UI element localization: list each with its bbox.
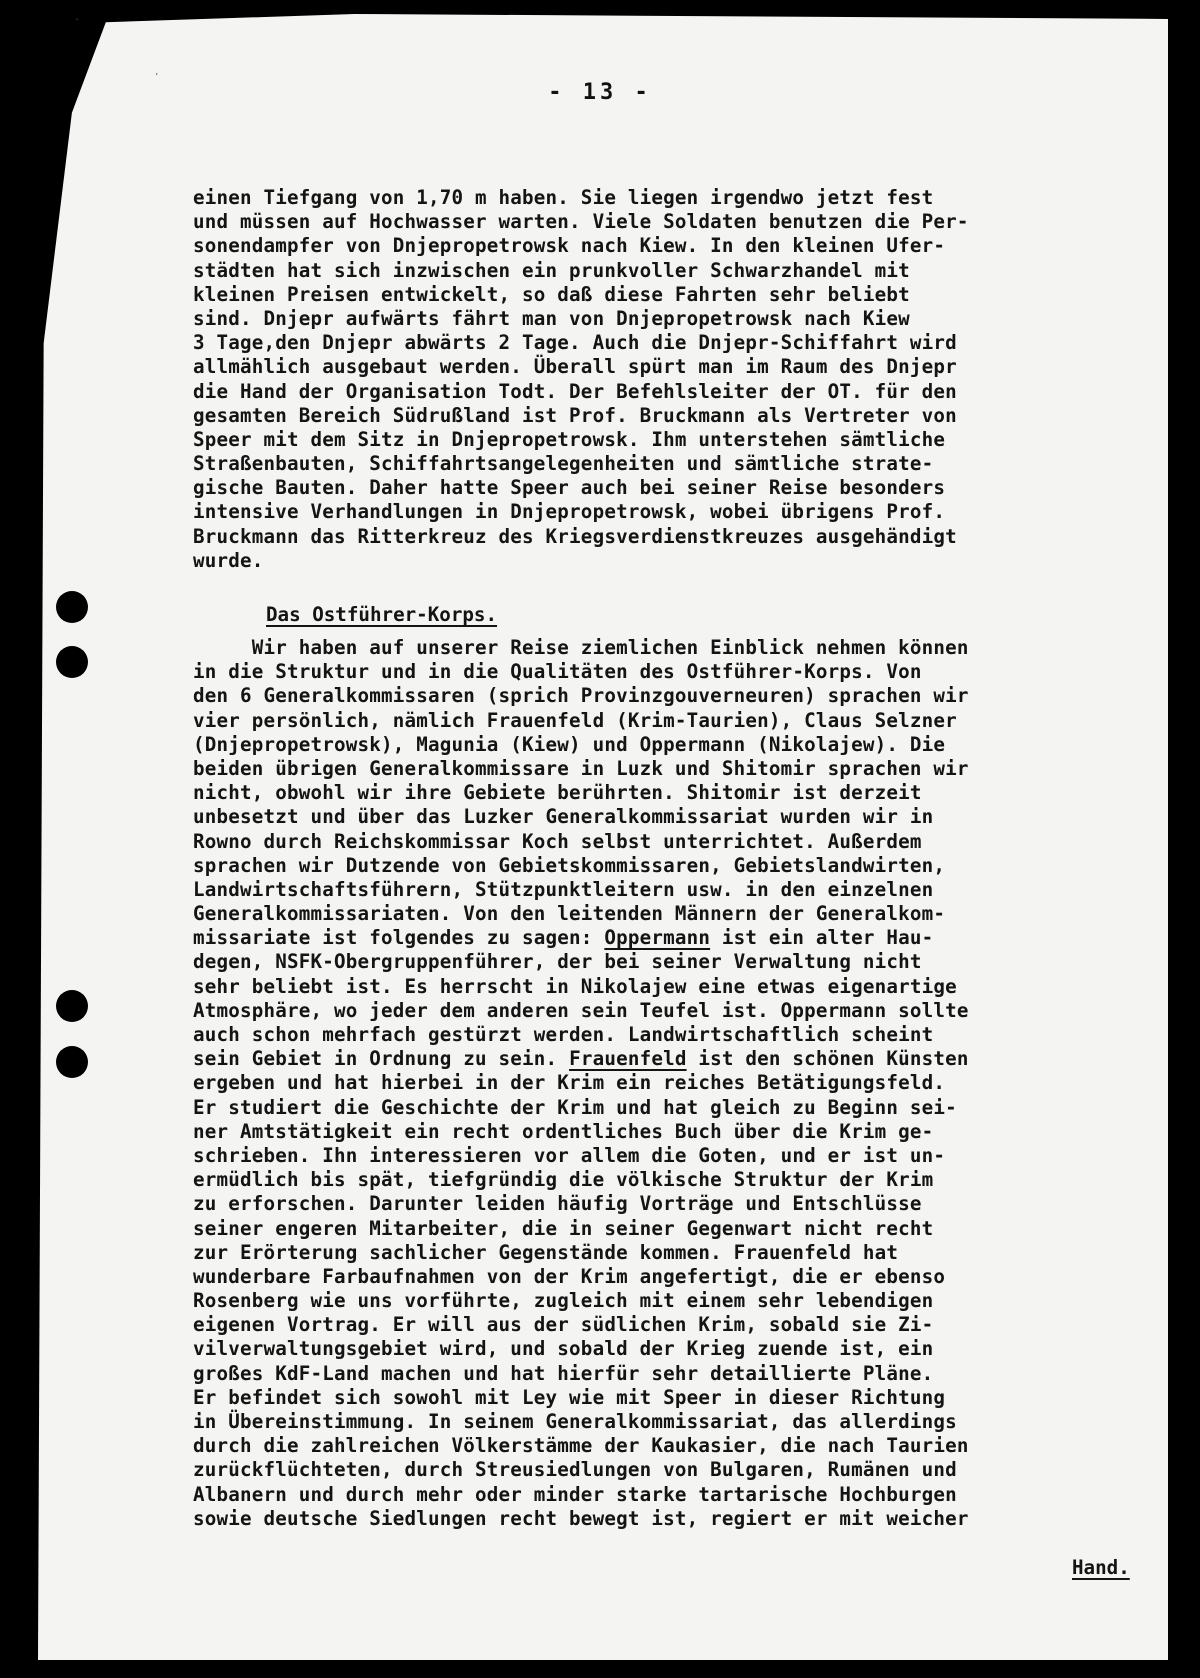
text-line: ermüdlich bis spät, tiefgründig die völk…: [193, 1168, 1163, 1192]
underlined-name: Oppermann: [604, 926, 710, 949]
text-line: sonendampfer von Dnjepropetrowsk nach Ki…: [193, 234, 1163, 258]
text-line: ner Amtstätigkeit ein recht ordentliches…: [193, 1120, 1163, 1144]
text-line: die Hand der Organisation Todt. Der Befe…: [193, 380, 1163, 404]
section-heading: Das Ostführer-Korps.: [266, 603, 497, 626]
text-line: den 6 Generalkommissaren (sprich Provinz…: [193, 684, 1163, 708]
text-line: Landwirtschaftsführern, Stützpunktleiter…: [193, 878, 1163, 902]
text-line: in die Struktur und in die Qualitäten de…: [193, 660, 1163, 684]
text-line: wurde.: [193, 549, 1163, 573]
text-line: Er studiert die Geschichte der Krim und …: [193, 1096, 1163, 1120]
text-line: vilverwaltungsgebiet wird, und sobald de…: [193, 1337, 1163, 1361]
text-line: allmählich ausgebaut werden. Überall spü…: [193, 355, 1163, 379]
text-line: 3 Tage,den Dnjepr abwärts 2 Tage. Auch d…: [193, 331, 1163, 355]
text-line: zu erforschen. Darunter leiden häufig Vo…: [193, 1192, 1163, 1216]
text-line: Speer mit dem Sitz in Dnjepropetrowsk. I…: [193, 428, 1163, 452]
text-line: seiner engeren Mitarbeiter, die in seine…: [193, 1217, 1163, 1241]
text-line: gesamten Bereich Südrußland ist Prof. Br…: [193, 404, 1163, 428]
punch-hole: [56, 990, 88, 1022]
punch-hole: [56, 591, 88, 623]
closing-word: Hand.: [1072, 1556, 1130, 1579]
text-line: sein Gebiet in Ordnung zu sein. Frauenfe…: [193, 1047, 1163, 1071]
text-line: (Dnjepropetrowsk), Magunia (Kiew) und Op…: [193, 733, 1163, 757]
text-line: zur Erörterung sachlicher Gegenstände ko…: [193, 1241, 1163, 1265]
text-line: gische Bauten. Daher hatte Speer auch be…: [193, 476, 1163, 500]
text-line: sind. Dnjepr aufwärts fährt man von Dnje…: [193, 307, 1163, 331]
punch-hole: [56, 1046, 88, 1078]
text-line: sowie deutsche Siedlungen recht bewegt i…: [193, 1507, 1163, 1531]
text-line: Generalkommissariaten. Von den leitenden…: [193, 902, 1163, 926]
text-line: sehr beliebt ist. Es herrscht in Nikolaj…: [193, 975, 1163, 999]
text-line: Wir haben auf unserer Reise ziemlichen E…: [193, 636, 1163, 660]
text-line: Bruckmann das Ritterkreuz des Kriegsverd…: [193, 525, 1163, 549]
text-line: ergeben und hat hierbei in der Krim ein …: [193, 1071, 1163, 1095]
text-line: einen Tiefgang von 1,70 m haben. Sie lie…: [193, 186, 1163, 210]
text-line: Albanern und durch mehr oder minder star…: [193, 1483, 1163, 1507]
text-line: missariate ist folgendes zu sagen: Opper…: [193, 926, 1163, 950]
text-line: sprachen wir Dutzende von Gebietskommiss…: [193, 854, 1163, 878]
underlined-name: Frauenfeld: [569, 1047, 687, 1070]
text-line: schrieben. Ihn interessieren vor allem d…: [193, 1144, 1163, 1168]
text-line: Rowno durch Reichskommissar Koch selbst …: [193, 830, 1163, 854]
text-line: unbesetzt und über das Luzker Generalkom…: [193, 805, 1163, 829]
text-line: kleinen Preisen entwickelt, so daß diese…: [193, 283, 1163, 307]
text-line: zurückflüchteten, durch Streusiedlungen …: [193, 1458, 1163, 1482]
text-line: auch schon mehrfach gestürzt werden. Lan…: [193, 1023, 1163, 1047]
text-line: Er befindet sich sowohl mit Ley wie mit …: [193, 1386, 1163, 1410]
text-line: eigenen Vortrag. Er will aus der südlich…: [193, 1313, 1163, 1337]
text-line: beiden übrigen Generalkommissare in Luzk…: [193, 757, 1163, 781]
text-line: wunderbare Farbaufnahmen von der Krim an…: [193, 1265, 1163, 1289]
text-line: durch die zahlreichen Völkerstämme der K…: [193, 1434, 1163, 1458]
text-line: Straßenbauten, Schiffahrtsangelegenheite…: [193, 452, 1163, 476]
text-line: Rosenberg wie uns vorführte, zugleich mi…: [193, 1289, 1163, 1313]
paragraph-2: Wir haben auf unserer Reise ziemlichen E…: [193, 636, 1163, 1531]
text-line: und müssen auf Hochwasser warten. Viele …: [193, 210, 1163, 234]
punch-hole: [56, 646, 88, 678]
text-line: Atmosphäre, wo jeder dem anderen sein Te…: [193, 999, 1163, 1023]
text-line: vier persönlich, nämlich Frauenfeld (Kri…: [193, 709, 1163, 733]
text-line: intensive Verhandlungen in Dnjepropetrow…: [193, 500, 1163, 524]
text-line: großes KdF-Land machen und hat hierfür s…: [193, 1362, 1163, 1386]
page-number: - 13 -: [0, 80, 1200, 105]
text-line: degen, NSFK-Obergruppenführer, der bei s…: [193, 950, 1163, 974]
text-line: städten hat sich inzwischen ein prunkvol…: [193, 259, 1163, 283]
text-line: in Übereinstimmung. In seinem Generalkom…: [193, 1410, 1163, 1434]
paragraph-1: einen Tiefgang von 1,70 m haben. Sie lie…: [193, 186, 1163, 573]
text-line: nicht, obwohl wir ihre Gebiete berührten…: [193, 781, 1163, 805]
